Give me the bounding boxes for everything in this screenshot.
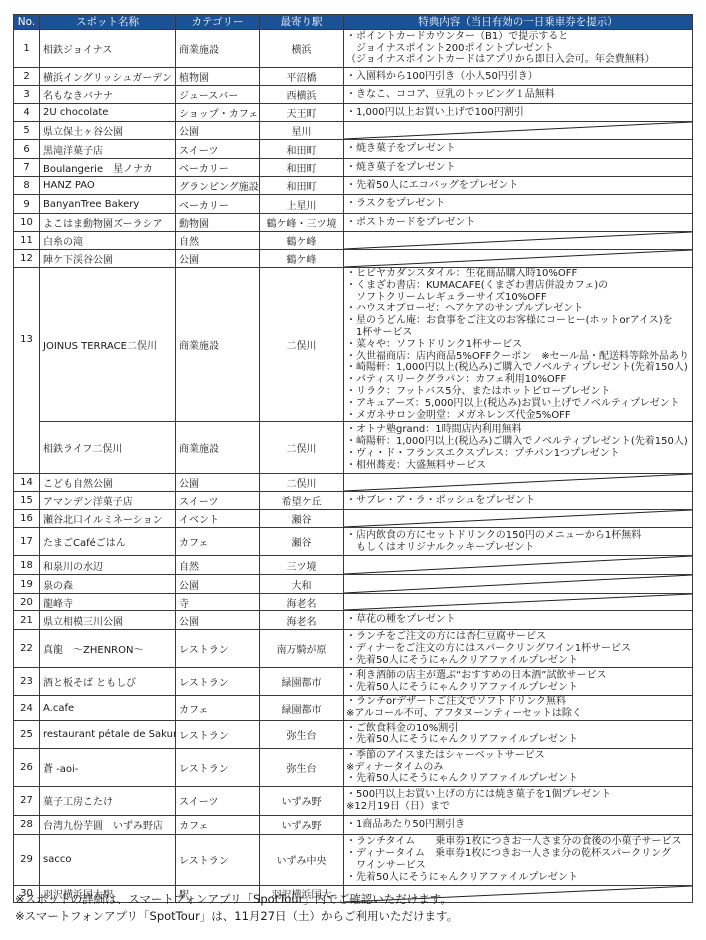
spot-name: 泉の森 [40, 575, 176, 594]
row-number: 14 [14, 474, 40, 492]
spot-category: 公園 [176, 250, 260, 268]
benefit-details: ・ポイントカードカウンター（B1）で提示すると ジョイナスポイント200ポイント… [344, 30, 693, 68]
spot-name: 龍峰寺 [40, 594, 176, 611]
nearest-station: 鶴ケ峰 [260, 232, 344, 250]
spot-category: ショップ・カフェ [176, 104, 260, 122]
row-number: 12 [14, 250, 40, 268]
spot-category: ベーカリー [176, 159, 260, 177]
row-number: 2 [14, 68, 40, 86]
row-number: 13 [14, 268, 40, 474]
benefit-none [344, 510, 693, 528]
row-number: 22 [14, 630, 40, 668]
spot-name: たまごCaféごはん [40, 528, 176, 556]
row-number: 6 [14, 140, 40, 159]
benefit-none [344, 556, 693, 575]
footer-note-availability: ※スマートフォンアプリ「SpotTour」は、11月27日（土）からご利用いただ… [15, 908, 458, 925]
spot-category: 商業施設 [176, 30, 260, 68]
spot-name: JOINUS TERRACE二俣川 [40, 268, 176, 422]
spot-category: スイーツ [176, 492, 260, 510]
row-number: 17 [14, 528, 40, 556]
spot-name: 横浜イングリッシュガーデン [40, 68, 176, 86]
spot-name: Boulangerie 星ノナカ [40, 159, 176, 177]
spot-name: 県立保土ヶ谷公園 [40, 122, 176, 140]
spot-category: 寺 [176, 594, 260, 611]
spot-name: 陣ケ下渓谷公園 [40, 250, 176, 268]
table-row: 2 横浜イングリッシュガーデン 植物園 平沼橋 ・入園料から100円引き（小人5… [14, 68, 693, 86]
benefit-details: ・1,000円以上お買い上げで100円割引 [344, 104, 693, 122]
spot-name: sacco [40, 834, 176, 885]
nearest-station: 緑園都市 [260, 696, 344, 721]
table-row: 7 Boulangerie 星ノナカ ベーカリー 和田町 ・焼き菓子をプレゼント [14, 159, 693, 177]
table-row: 4 2U chocolate ショップ・カフェ 天王町 ・1,000円以上お買い… [14, 104, 693, 122]
spot-name: BanyanTree Bakery [40, 195, 176, 214]
spot-category: カフェ [176, 815, 260, 834]
spot-name: 瀬谷北口イルミネーション [40, 510, 176, 528]
row-number: 21 [14, 611, 40, 630]
table-row: 1 相鉄ジョイナス 商業施設 横浜 ・ポイントカードカウンター（B1）で提示する… [14, 30, 693, 68]
benefit-none [344, 474, 693, 492]
row-number: 19 [14, 575, 40, 594]
footer-note-details: ※スポットの詳細は、スマートフォンアプリ「SpotTour」内でご確認いただけま… [15, 891, 458, 908]
nearest-station: 二俣川 [260, 268, 344, 422]
nearest-station: 鶴ケ峰・三ツ境 [260, 214, 344, 232]
spot-list-sheet: No. スポット名称 カテゴリー 最寄り駅 特典内容（当日有効の一日乗車券を提示… [13, 14, 693, 903]
spot-name: 和泉川の水辺 [40, 556, 176, 575]
spot-name: 2U chocolate [40, 104, 176, 122]
spot-category: 自然 [176, 232, 260, 250]
spot-category: 商業施設 [176, 422, 260, 474]
row-number: 11 [14, 232, 40, 250]
table-row: 16 瀬谷北口イルミネーション イベント 瀬谷 [14, 510, 693, 528]
nearest-station: 弥生台 [260, 720, 344, 748]
nearest-station: 海老名 [260, 611, 344, 630]
nearest-station: いずみ野 [260, 815, 344, 834]
table-row: 29 sacco レストラン いずみ中央 ・ランチタイム 乗車券1枚につきお一人… [14, 834, 693, 885]
nearest-station: 和田町 [260, 140, 344, 159]
diagonal-strike-line-icon [344, 232, 692, 249]
benefit-none [344, 250, 693, 268]
spot-name: こども自然公園 [40, 474, 176, 492]
header-no: No. [14, 15, 40, 30]
table-row: 15 アマンデン洋菓子店 スイーツ 希望ケ丘 ・サブレ・ア・ラ・ポッシュをプレゼ… [14, 492, 693, 510]
diagonal-strike-line-icon [344, 575, 692, 593]
diagonal-strike-line-icon [344, 556, 692, 574]
nearest-station: 天王町 [260, 104, 344, 122]
spot-category: 動物園 [176, 214, 260, 232]
benefit-none [344, 575, 693, 594]
spot-category: 公園 [176, 122, 260, 140]
table-row: 27 菓子工房こたけ スイーツ いずみ野 ・500円以上お買い上げの方には焼き菓… [14, 786, 693, 815]
benefit-details: ・オトナ塾grand：1時間店内利用無料 ・崎陽軒：1,000円以上(税込み)ご… [344, 422, 693, 474]
table-row: 5 県立保土ヶ谷公園 公園 星川 [14, 122, 693, 140]
benefit-details: ・焼き菓子をプレゼント [344, 140, 693, 159]
benefit-details: ・ランチタイム 乗車券1枚につきお一人さま分の食後の小菓子サービス ・ディナータ… [344, 834, 693, 885]
spot-category: カフェ [176, 696, 260, 721]
spot-name: A.cafe [40, 696, 176, 721]
spot-category: レストラン [176, 748, 260, 786]
diagonal-strike-line-icon [344, 594, 692, 610]
spot-name: 菓子工房こたけ [40, 786, 176, 815]
spot-category: カフェ [176, 528, 260, 556]
spot-name: 真龍 ～ZHENRON～ [40, 630, 176, 668]
benefit-details: ・500円以上お買い上げの方には焼き菓子を1個プレゼント ※12月19日（日）ま… [344, 786, 693, 815]
spot-category: 自然 [176, 556, 260, 575]
benefit-details: ・焼き菓子をプレゼント [344, 159, 693, 177]
diagonal-strike-line-icon [344, 510, 692, 527]
row-number: 23 [14, 668, 40, 696]
spot-category: 公園 [176, 611, 260, 630]
nearest-station: 横浜 [260, 30, 344, 68]
nearest-station: いずみ野 [260, 786, 344, 815]
spot-category: ジュースバー [176, 86, 260, 104]
spot-name: 台湾九份芋圓 いずみ野店 [40, 815, 176, 834]
row-number: 15 [14, 492, 40, 510]
row-number: 28 [14, 815, 40, 834]
nearest-station: 瀬谷 [260, 510, 344, 528]
header-benefit: 特典内容（当日有効の一日乗車券を提示） [344, 15, 693, 30]
spot-name: 県立相模三川公園 [40, 611, 176, 630]
benefit-details: ・ヒビヤカダンスタイル：生花商品購入時10%OFF ・くまざわ書店：KUMACA… [344, 268, 693, 422]
table-row: 14 こども自然公園 公園 二俣川 [14, 474, 693, 492]
spot-name: 酒と板そば ともしび [40, 668, 176, 696]
nearest-station: 平沼橋 [260, 68, 344, 86]
benefit-details: ・ポストカードをプレゼント [344, 214, 693, 232]
footer-notes: ※スポットの詳細は、スマートフォンアプリ「SpotTour」内でご確認いただけま… [15, 891, 458, 925]
spot-name: 白糸の滝 [40, 232, 176, 250]
diagonal-strike-line-icon [344, 250, 692, 267]
spot-category: グランピング施設 [176, 177, 260, 195]
spot-name: HANZ PAO [40, 177, 176, 195]
nearest-station: 上星川 [260, 195, 344, 214]
table-row: 19 泉の森 公園 大和 [14, 575, 693, 594]
spot-category: 公園 [176, 575, 260, 594]
nearest-station: 海老名 [260, 594, 344, 611]
nearest-station: 二俣川 [260, 474, 344, 492]
spot-category: レストラン [176, 630, 260, 668]
table-row: 3 名もなきバナナ ジュースバー 西横浜 ・きなこ、ココア、豆乳のトッピング１品… [14, 86, 693, 104]
row-number: 3 [14, 86, 40, 104]
table-row: 11 白糸の滝 自然 鶴ケ峰 [14, 232, 693, 250]
row-number: 10 [14, 214, 40, 232]
spot-name: 蒼 -aoi- [40, 748, 176, 786]
spot-category: レストラン [176, 834, 260, 885]
row-number: 29 [14, 834, 40, 885]
table-row: 22 真龍 ～ZHENRON～ レストラン 南万騎が原 ・ランチをご注文の方には… [14, 630, 693, 668]
table-row: 12 陣ケ下渓谷公園 公園 鶴ケ峰 [14, 250, 693, 268]
nearest-station: 和田町 [260, 159, 344, 177]
benefit-details: ・サブレ・ア・ラ・ポッシュをプレゼント [344, 492, 693, 510]
spot-category: スイーツ [176, 786, 260, 815]
table-row: 8 HANZ PAO グランピング施設 和田町 ・先着50人にエコバッグをプレゼ… [14, 177, 693, 195]
table-row: 26 蒼 -aoi- レストラン 弥生台 ・季節のアイスまたはシャーベットサービ… [14, 748, 693, 786]
header-spot-name: スポット名称 [40, 15, 176, 30]
header-nearest-station: 最寄り駅 [260, 15, 344, 30]
table-row: 17 たまごCaféごはん カフェ 瀬谷 ・店内飲食の方にセットドリンクの150… [14, 528, 693, 556]
spot-category: 商業施設 [176, 268, 260, 422]
benefit-details: ・1商品あたり50円割引き [344, 815, 693, 834]
row-number: 8 [14, 177, 40, 195]
spot-category: イベント [176, 510, 260, 528]
benefit-details: ・ランチをご注文の方には杏仁豆腐サービス ・ディナーをご注文の方にはスパークリン… [344, 630, 693, 668]
spot-name: 黒滝洋菓子店 [40, 140, 176, 159]
table-row: 21 県立相模三川公園 公園 海老名 ・草花の種をプレゼント [14, 611, 693, 630]
table-row: 28 台湾九份芋圓 いずみ野店 カフェ いずみ野 ・1商品あたり50円割引き [14, 815, 693, 834]
spot-name: 相鉄ライフ二俣川 [40, 422, 176, 474]
benefit-details: ・きなこ、ココア、豆乳のトッピング１品無料 [344, 86, 693, 104]
nearest-station: 三ツ境 [260, 556, 344, 575]
nearest-station: 鶴ケ峰 [260, 250, 344, 268]
table-row: 24 A.cafe カフェ 緑園都市 ・ランチorデザートご注文でソフトドリンク… [14, 696, 693, 721]
benefit-details: ・ランチorデザートご注文でソフトドリンク無料 ※アルコール不可、アフタヌーンテ… [344, 696, 693, 721]
nearest-station: 希望ケ丘 [260, 492, 344, 510]
spot-name: 名もなきバナナ [40, 86, 176, 104]
diagonal-strike-line-icon [344, 474, 692, 491]
benefit-none [344, 122, 693, 140]
benefit-details: ・草花の種をプレゼント [344, 611, 693, 630]
nearest-station: 南万騎が原 [260, 630, 344, 668]
row-number: 26 [14, 748, 40, 786]
spot-category: ベーカリー [176, 195, 260, 214]
nearest-station: 大和 [260, 575, 344, 594]
spot-category: 植物園 [176, 68, 260, 86]
table-row: 9 BanyanTree Bakery ベーカリー 上星川 ・ラスクをプレゼント [14, 195, 693, 214]
row-number: 1 [14, 30, 40, 68]
spot-category: スイーツ [176, 140, 260, 159]
benefit-none [344, 232, 693, 250]
spot-category: レストラン [176, 720, 260, 748]
table-row: 23 酒と板そば ともしび レストラン 緑園都市 ・利き酒師の店主が選ぶ“おすす… [14, 668, 693, 696]
nearest-station: 瀬谷 [260, 528, 344, 556]
table-row: 10 よこはま動物園ズーラシア 動物園 鶴ケ峰・三ツ境 ・ポストカードをプレゼン… [14, 214, 693, 232]
spot-category: レストラン [176, 668, 260, 696]
row-number: 9 [14, 195, 40, 214]
row-number: 5 [14, 122, 40, 140]
row-number: 18 [14, 556, 40, 575]
header-category: カテゴリー [176, 15, 260, 30]
row-number: 25 [14, 720, 40, 748]
nearest-station: 西横浜 [260, 86, 344, 104]
diagonal-strike-line-icon [344, 122, 692, 139]
benefit-details: ・ラスクをプレゼント [344, 195, 693, 214]
table-row: 6 黒滝洋菓子店 スイーツ 和田町 ・焼き菓子をプレゼント [14, 140, 693, 159]
benefit-details: ・入園料から100円引き（小人50円引き） [344, 68, 693, 86]
spot-benefits-table: No. スポット名称 カテゴリー 最寄り駅 特典内容（当日有効の一日乗車券を提示… [13, 14, 693, 903]
spot-name: よこはま動物園ズーラシア [40, 214, 176, 232]
nearest-station: 弥生台 [260, 748, 344, 786]
table-row: 20 龍峰寺 寺 海老名 [14, 594, 693, 611]
spot-name: アマンデン洋菓子店 [40, 492, 176, 510]
nearest-station: いずみ中央 [260, 834, 344, 885]
table-row: 25 restaurant pétale de Sakura レストラン 弥生台… [14, 720, 693, 748]
row-number: 7 [14, 159, 40, 177]
nearest-station: 星川 [260, 122, 344, 140]
spot-name: 相鉄ジョイナス [40, 30, 176, 68]
spot-name: restaurant pétale de Sakura [40, 720, 176, 748]
row-number: 24 [14, 696, 40, 721]
nearest-station: 和田町 [260, 177, 344, 195]
row-number: 27 [14, 786, 40, 815]
table-row: 18 和泉川の水辺 自然 三ツ境 [14, 556, 693, 575]
row-number: 4 [14, 104, 40, 122]
benefit-details: ・店内飲食の方にセットドリンクの150円のメニューから1杯無料 もしくはオリジナ… [344, 528, 693, 556]
nearest-station: 緑園都市 [260, 668, 344, 696]
spot-category: 公園 [176, 474, 260, 492]
row-number: 20 [14, 594, 40, 611]
table-header-row: No. スポット名称 カテゴリー 最寄り駅 特典内容（当日有効の一日乗車券を提示… [14, 15, 693, 30]
benefit-details: ・季節のアイスまたはシャーベットサービス ※ディナータイムのみ ・先着50人にそ… [344, 748, 693, 786]
nearest-station: 二俣川 [260, 422, 344, 474]
benefit-details: ・利き酒師の店主が選ぶ“おすすめの日本酒”試飲サービス ・先着50人にそうにゃん… [344, 668, 693, 696]
benefit-details: ・先着50人にエコバッグをプレゼント [344, 177, 693, 195]
benefit-details: ・ご飲食料金の10%割引 ・先着50人にそうにゃんクリアファイルプレゼント [344, 720, 693, 748]
table-row: 13 JOINUS TERRACE二俣川 商業施設 二俣川 ・ヒビヤカダンスタイ… [14, 268, 693, 422]
table-row: 相鉄ライフ二俣川 商業施設 二俣川 ・オトナ塾grand：1時間店内利用無料 ・… [14, 422, 693, 474]
benefit-none [344, 594, 693, 611]
row-number: 16 [14, 510, 40, 528]
